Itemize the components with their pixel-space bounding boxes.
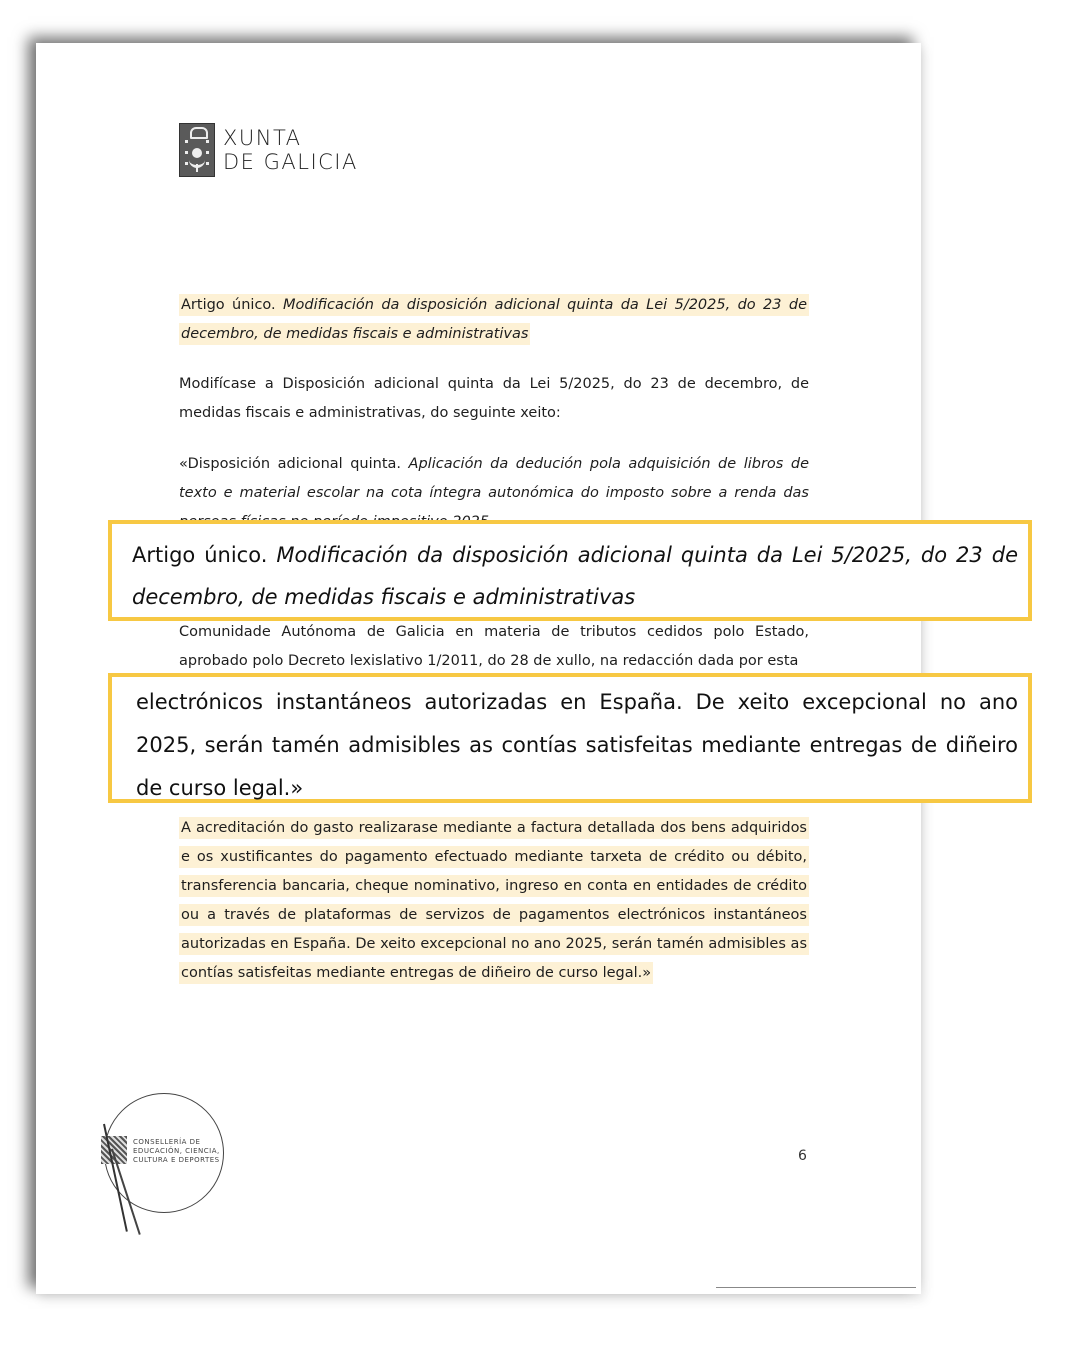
page-number: 6 (798, 1148, 807, 1164)
stamp-line-3: CULTURA E DEPORTES (133, 1156, 220, 1165)
official-stamp: CONSELLERÍA DE EDUCACIÓN, CIENCIA, CULTU… (104, 1093, 224, 1213)
provision-heading: «Disposición adicional quinta. Aplicació… (179, 450, 809, 526)
middle-paragraph: Comunidade Autónoma de Galicia en materi… (179, 618, 809, 676)
galicia-crest-icon (179, 123, 215, 177)
callout-article-label: Artigo único. (132, 543, 267, 567)
provision-label: «Disposición adicional quinta. (179, 456, 401, 472)
zoom-callout-article: Artigo único. Modificación da disposició… (108, 520, 1032, 621)
article-heading: Artigo único. Modificación da disposició… (179, 291, 809, 349)
stamp-line-1: CONSELLERÍA DE (133, 1138, 220, 1147)
intro-paragraph: Modifícase a Disposición adicional quint… (179, 370, 809, 428)
logo-line-1: XUNTA (223, 126, 358, 150)
article-label: Artigo único. (181, 297, 276, 313)
logo-text: XUNTA DE GALICIA (223, 126, 358, 174)
highlighted-text: A acreditación do gasto realizarase medi… (179, 817, 809, 984)
xunta-logo: XUNTA DE GALICIA (179, 123, 358, 177)
stamp-line-2: EDUCACIÓN, CIENCIA, (133, 1147, 220, 1156)
zoom-callout-paragraph: electrónicos instantáneos autorizadas en… (108, 673, 1032, 803)
highlighted-paragraph: A acreditación do gasto realizarase medi… (179, 814, 809, 988)
footer-divider (716, 1287, 916, 1288)
document-page: XUNTA DE GALICIA Artigo único. Modificac… (36, 43, 921, 1294)
callout-paragraph-text: electrónicos instantáneos autorizadas en… (136, 681, 1018, 810)
stamp-text: CONSELLERÍA DE EDUCACIÓN, CIENCIA, CULTU… (133, 1138, 220, 1165)
logo-line-2: DE GALICIA (223, 150, 358, 174)
